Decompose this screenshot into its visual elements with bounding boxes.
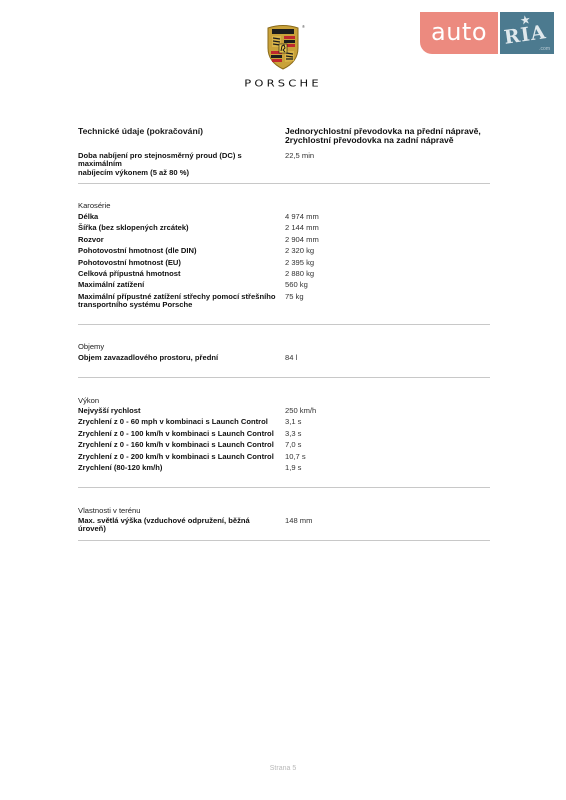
spec-value: 148 mm: [285, 517, 490, 525]
spec-value: 3,3 s: [285, 430, 490, 438]
drivetrain-description: Jednorychlostní převodovka na přední náp…: [285, 127, 490, 145]
spec-label: Nejvyšší rychlost: [78, 407, 278, 415]
spec-label-line-2: nabíjecím výkonem (5 až 80 %): [78, 169, 278, 177]
spec-label: Rozvor: [78, 236, 278, 244]
spec-label: Zrychlení z 0 - 100 km/h v kombinaci s L…: [78, 430, 278, 438]
spec-label: Pohotovostní hmotnost (dle DIN): [78, 247, 278, 255]
registered-mark: ®: [302, 24, 305, 29]
spec-label: Zrychlení z 0 - 160 km/h v kombinaci s L…: [78, 441, 278, 449]
spec-value: 22,5 min: [285, 152, 490, 160]
spec-value: 250 km/h: [285, 407, 490, 415]
spec-label: Šířka (bez sklopených zrcátek): [78, 224, 278, 232]
spec-value: 560 kg: [285, 281, 490, 289]
section-title-volumes: Objemy: [78, 342, 104, 351]
spec-value: 2 880 kg: [285, 270, 490, 278]
autoria-ria-badge: ★ RIA .com: [500, 12, 554, 54]
spec-label: Zrychlení z 0 - 200 km/h v kombinaci s L…: [78, 453, 278, 461]
spec-label: Maximální zatížení: [78, 281, 278, 289]
section-divider: [78, 377, 490, 378]
section-divider: [78, 540, 490, 541]
spec-label: Celková přípustná hmotnost: [78, 270, 278, 278]
spec-label-line-1: Doba nabíjení pro stejnosměrný proud (DC…: [78, 152, 278, 169]
spec-label: Zrychlení (80-120 km/h): [78, 464, 278, 472]
drivetrain-line-2: 2rychlostní převodovka na zadní nápravě: [285, 136, 490, 145]
spec-value: 10,7 s: [285, 453, 490, 461]
spec-value: 2 144 mm: [285, 224, 490, 232]
porsche-wordmark: PORSCHE: [220, 77, 346, 89]
section-divider: [78, 487, 490, 488]
spec-label: Zrychlení z 0 - 60 mph v kombinaci s Lau…: [78, 418, 278, 426]
spec-value: 1,9 s: [285, 464, 490, 472]
spec-value: 2 395 kg: [285, 259, 490, 267]
spec-value: 2 320 kg: [285, 247, 490, 255]
page-number: Strana 5: [0, 765, 566, 772]
autoria-ria-label: RIA: [503, 21, 548, 49]
spec-label: Doba nabíjení pro stejnosměrný proud (DC…: [78, 152, 278, 177]
autoria-auto-label: auto: [420, 12, 498, 54]
document-title: Technické údaje (pokračování): [78, 127, 278, 136]
spec-value: 4 974 mm: [285, 213, 490, 221]
section-divider: [78, 324, 490, 325]
spec-value: 84 l: [285, 354, 490, 362]
spec-label-line-2: transportního systému Porsche: [78, 301, 278, 309]
spec-label: Maximální přípustné zatížení střechy pom…: [78, 293, 278, 310]
spec-label: Max. světlá výška (vzduchové odpružení, …: [78, 517, 278, 534]
autoria-domain-label: .com: [539, 46, 550, 52]
section-title-body: Karosérie: [78, 201, 111, 210]
porsche-logo: ® PORSCHE: [220, 24, 346, 94]
spec-value: 7,0 s: [285, 441, 490, 449]
spec-label: Objem zavazadlového prostoru, přední: [78, 354, 278, 362]
porsche-crest-icon: [266, 24, 300, 70]
spec-value: 75 kg: [285, 293, 490, 301]
section-title-offroad: Vlastnosti v terénu: [78, 506, 140, 515]
section-title-performance: Výkon: [78, 396, 99, 405]
spec-value: 3,1 s: [285, 418, 490, 426]
spec-label: Délka: [78, 213, 278, 221]
spec-label: Pohotovostní hmotnost (EU): [78, 259, 278, 267]
autoria-watermark: auto ★ RIA .com: [420, 12, 554, 54]
section-divider: [78, 183, 490, 184]
spec-value: 2 904 mm: [285, 236, 490, 244]
